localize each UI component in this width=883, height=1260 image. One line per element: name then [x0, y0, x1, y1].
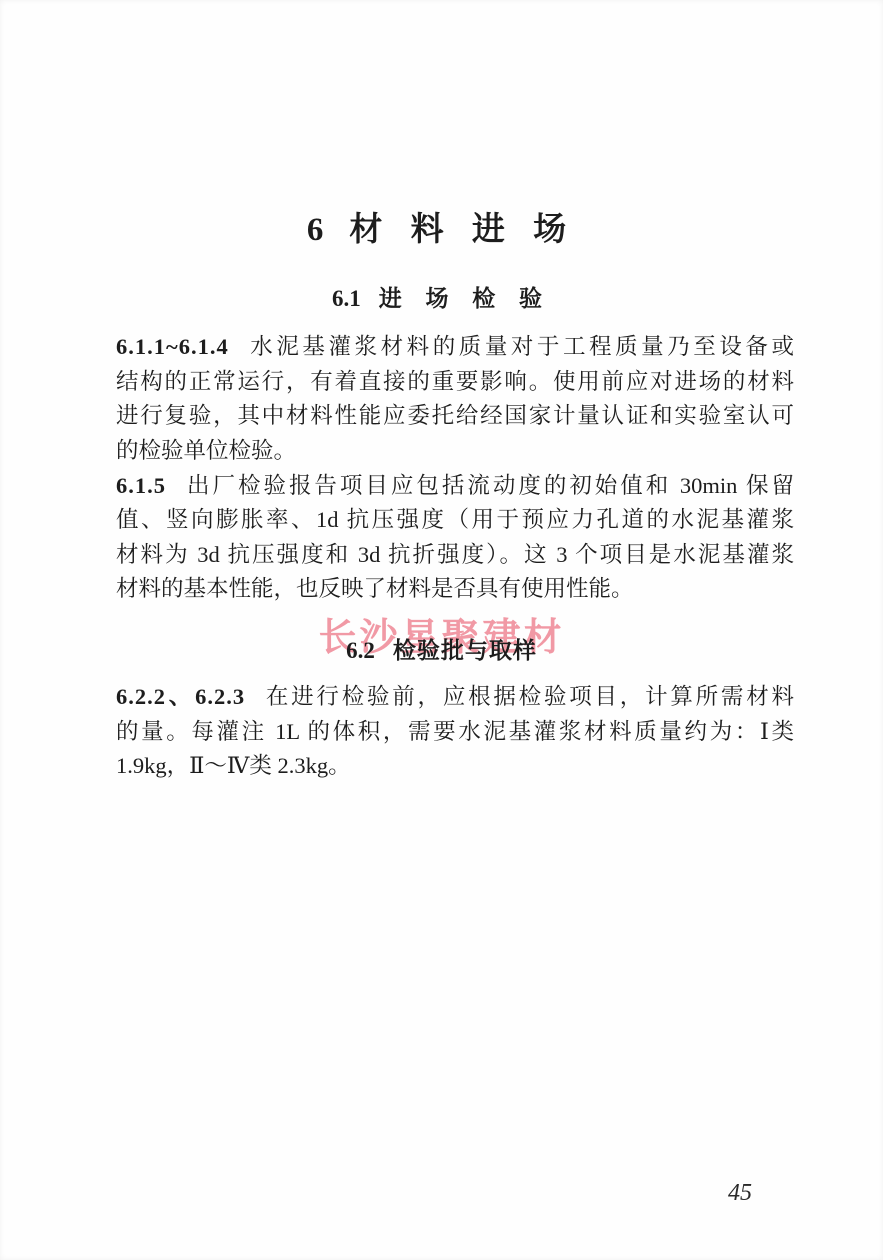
clause-label: 6.2.2、6.2.3 [116, 684, 245, 709]
section-title-text: 进 场 检 验 [379, 286, 551, 311]
section-heading-6-1: 6.1进 场 检 验 [0, 280, 883, 313]
body-text-block-2: 6.2.2、6.2.3在进行检验前，应根据检验项目，计算所需材料 的量。每灌注 … [116, 680, 794, 784]
clause-label: 6.1.1~6.1.4 [116, 334, 229, 359]
paragraph-6-1-5-line: 材料为 3d 抗压强度和 3d 抗折强度）。这 3 个项目是水泥基灌浆 [116, 538, 794, 573]
section-number: 6.2 [346, 638, 375, 663]
paragraph-6-1-5-line: 值、竖向膨胀率、1d 抗压强度（用于预应力孔道的水泥基灌浆 [116, 503, 794, 538]
chapter-number: 6 [307, 212, 324, 248]
paragraph-6-2-2-line: 的量。每灌注 1L 的体积，需要水泥基灌浆材料质量约为：Ⅰ类 [116, 715, 794, 750]
paragraph-6-1-1-line: 进行复验，其中材料性能应委托给经国家计量认证和实验室认可 [116, 399, 794, 434]
document-page: 6材 料 进 场 6.1进 场 检 验 6.1.1~6.1.4水泥基灌浆材料的质… [0, 0, 883, 1260]
paragraph-6-2-2-line: 6.2.2、6.2.3在进行检验前，应根据检验项目，计算所需材料 [116, 680, 794, 715]
body-text-block-1: 6.1.1~6.1.4水泥基灌浆材料的质量对于工程质量乃至设备或 结构的正常运行… [116, 330, 794, 607]
paragraph-6-1-1-line: 结构的正常运行，有着直接的重要影响。使用前应对进场的材料 [116, 365, 794, 400]
paragraph-6-1-1-line: 6.1.1~6.1.4水泥基灌浆材料的质量对于工程质量乃至设备或 [116, 330, 794, 365]
page-number: 45 [728, 1180, 752, 1207]
section-number: 6.1 [332, 286, 361, 311]
paragraph-text: 在进行检验前，应根据检验项目，计算所需材料 [263, 684, 794, 709]
paragraph-6-1-1-line: 的检验单位检验。 [116, 434, 794, 469]
paragraph-text: 水泥基灌浆材料的质量对于工程质量乃至设备或 [247, 334, 794, 359]
paragraph-6-1-5-line: 6.1.5出厂检验报告项目应包括流动度的初始值和 30min 保留 [116, 469, 794, 504]
chapter-title: 6材 料 进 场 [0, 203, 883, 250]
chapter-title-text: 材 料 进 场 [349, 212, 576, 248]
section-heading-6-2: 6.2检验批与取样 [0, 632, 883, 665]
section-title-text: 检验批与取样 [393, 638, 537, 663]
clause-label: 6.1.5 [116, 473, 166, 498]
paragraph-6-1-5-line: 材料的基本性能，也反映了材料是否具有使用性能。 [116, 572, 794, 607]
paragraph-text: 出厂检验报告项目应包括流动度的初始值和 30min 保留 [184, 473, 794, 498]
paragraph-6-2-2-line: 1.9kg，Ⅱ～Ⅳ类 2.3kg。 [116, 749, 794, 784]
